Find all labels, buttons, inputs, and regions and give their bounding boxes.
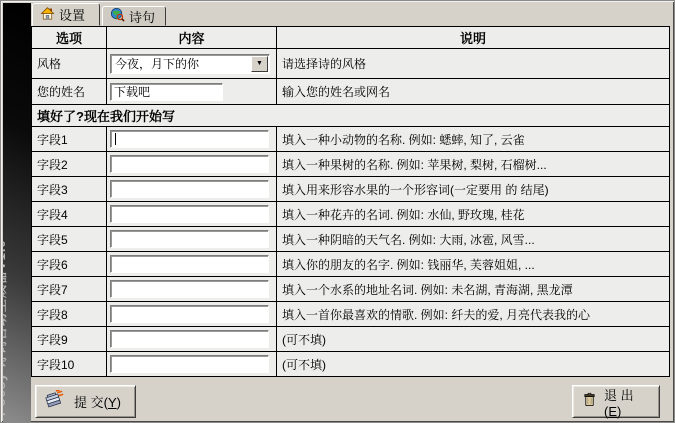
settings-table: 选项 内容 说明 风格 今夜，月下的你 ▼ 请选择诗的风格 您的姓名 输入您的姓… — [31, 26, 670, 377]
field-5-input[interactable] — [110, 230, 269, 248]
field-10-cell — [107, 352, 276, 376]
field-8-description: 填入一首你最喜欢的情歌. 例如: 纤夫的爱, 月亮代表我的心 — [277, 302, 669, 326]
name-label: 您的姓名 — [32, 79, 106, 104]
field-3-description: 填入用来形容水果的一个形容词(一定要用 的 结尾) — [277, 177, 669, 201]
section-header: 填好了?现在我们开始写 — [32, 105, 669, 126]
tab-poem-label: 诗句 — [129, 7, 155, 26]
column-header-content: 内容 — [107, 27, 276, 48]
app-title-vertical: Poesy 诗词自动生成器V1.0 — [3, 239, 9, 416]
field-1-description: 填入一种小动物的名称. 例如: 蟋蟀, 知了, 云雀 — [277, 127, 669, 151]
field-7-label: 字段7 — [32, 277, 106, 301]
field-7-cell — [107, 277, 276, 301]
field-1-input[interactable] — [110, 130, 269, 148]
field-7-input[interactable] — [110, 280, 269, 298]
field-2-description: 填入一种果树的名称. 例如: 苹果树, 梨树, 石榴树... — [277, 152, 669, 176]
field-9-description: (可不填) — [277, 327, 669, 351]
tab-bar: 设置 诗句 — [31, 3, 671, 26]
trash-can-icon — [582, 392, 597, 411]
field-3-cell — [107, 177, 276, 201]
field-7-description: 填入一个水系的地址名词. 例如: 未名湖, 青海湖, 黑龙潭 — [277, 277, 669, 301]
field-10-input[interactable] — [110, 355, 269, 373]
printer-papers-icon — [45, 390, 67, 413]
globe-search-icon — [110, 7, 125, 25]
field-4-description: 填入一种花卉的名词. 例如: 水仙, 野玫瑰, 桂花 — [277, 202, 669, 226]
name-input[interactable] — [110, 83, 223, 101]
field-4-label: 字段4 — [32, 202, 106, 226]
field-4-input[interactable] — [110, 205, 269, 223]
field-8-label: 字段8 — [32, 302, 106, 326]
name-cell — [107, 79, 276, 104]
field-2-cell — [107, 152, 276, 176]
field-3-input[interactable] — [110, 180, 269, 198]
field-1-cell — [107, 127, 276, 151]
main-panel: 设置 诗句 选项 内容 说明 — [31, 3, 671, 419]
tab-settings[interactable]: 设置 — [32, 3, 100, 26]
field-5-label: 字段5 — [32, 227, 106, 251]
field-5-description: 填入一种阴暗的天气名. 例如: 大雨, 冰雹, 风雪... — [277, 227, 669, 251]
field-3-label: 字段3 — [32, 177, 106, 201]
exit-button-label: 退 出(E) — [604, 385, 650, 419]
tab-poem[interactable]: 诗句 — [102, 6, 166, 26]
field-9-input[interactable] — [110, 330, 269, 348]
text-caret — [115, 133, 116, 145]
field-6-input[interactable] — [110, 255, 269, 273]
exit-button[interactable]: 退 出(E) — [572, 385, 660, 418]
field-9-label: 字段9 — [32, 327, 106, 351]
field-10-label: 字段10 — [32, 352, 106, 376]
field-6-label: 字段6 — [32, 252, 106, 276]
column-header-description: 说明 — [277, 27, 669, 48]
field-8-input[interactable] — [110, 305, 269, 323]
style-dropdown[interactable]: 今夜，月下的你 ▼ — [110, 54, 270, 74]
tab-settings-label: 设置 — [59, 5, 85, 24]
field-9-cell — [107, 327, 276, 351]
submit-button[interactable]: 提 交(Y) — [35, 385, 136, 418]
field-6-description: 填入你的朋友的名字. 例如: 钱丽华, 芙蓉姐姐, ... — [277, 252, 669, 276]
field-10-description: (可不填) — [277, 352, 669, 376]
field-5-cell — [107, 227, 276, 251]
sidebar-banner: Poesy 诗词自动生成器V1.0 — [3, 3, 31, 422]
chevron-down-icon[interactable]: ▼ — [251, 56, 268, 72]
name-description: 输入您的姓名或网名 — [277, 79, 669, 104]
field-4-cell — [107, 202, 276, 226]
style-cell: 今夜，月下的你 ▼ — [107, 49, 276, 78]
field-8-cell — [107, 302, 276, 326]
field-6-cell — [107, 252, 276, 276]
style-dropdown-value: 今夜，月下的你 — [111, 55, 250, 73]
field-2-input[interactable] — [110, 155, 269, 173]
app-window: Poesy 诗词自动生成器V1.0 设置 — [0, 0, 675, 423]
field-1-label: 字段1 — [32, 127, 106, 151]
submit-button-label: 提 交(Y) — [74, 392, 121, 411]
style-description: 请选择诗的风格 — [277, 49, 669, 78]
home-icon — [40, 6, 55, 24]
style-label: 风格 — [32, 49, 106, 78]
column-header-option: 选项 — [32, 27, 106, 48]
field-2-label: 字段2 — [32, 152, 106, 176]
